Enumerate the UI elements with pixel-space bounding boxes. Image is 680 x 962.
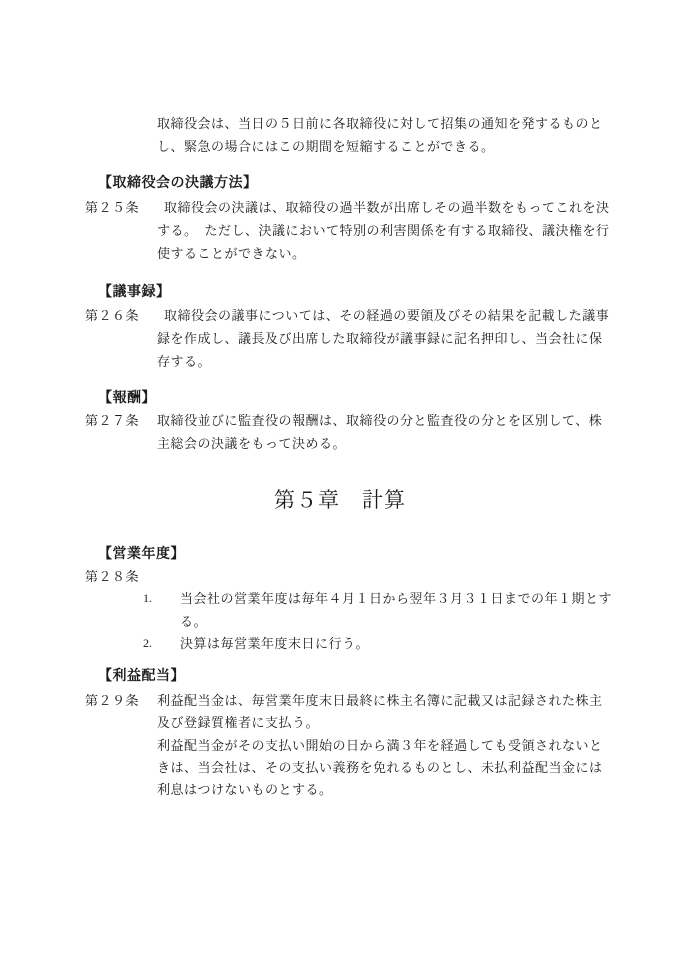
section-heading-remuneration: 【報酬】 [98, 390, 156, 408]
article-line: 録を作成し、議長及び出席した取締役が議事録に記名押印し、当会社に保 [157, 330, 603, 347]
section-heading-fiscal-year: 【営業年度】 [98, 546, 185, 564]
chapter-title: 第５章 計算 [0, 487, 680, 513]
article-line: 取締役会の決議は、取締役の過半数が出席しその過半数をもってこれを決 [164, 199, 610, 216]
paragraph-line: し、緊急の場合にはこの期間を短縮することができる。 [157, 138, 495, 155]
article-number: 第２８条 [85, 568, 139, 585]
article-line: 利益配当金は、毎営業年度末日最終に株主名簿に記載又は記録された株主 [157, 692, 603, 709]
article-line: 及び登録質権者に支払う。 [157, 714, 319, 731]
article-line: する。 ただし、決議において特別の利害関係を有する取締役、議決権を行 [157, 222, 610, 239]
article-line: 取締役会の議事については、その経過の要領及びその結果を記載した議事 [164, 307, 609, 324]
list-item-number: 2. [143, 635, 152, 652]
section-heading-minutes: 【議事録】 [98, 284, 171, 302]
article-line: きは、当会社は、その支払い義務を免れるものとし、未払利益配当金には [157, 759, 603, 776]
section-heading-resolution-method: 【取締役会の決議方法】 [98, 175, 258, 193]
article-line: 利益配当金がその支払い開始の日から満３年を経過しても受領されないと [157, 737, 603, 754]
article-number: 第２７条 [85, 412, 139, 429]
list-item-line: 当会社の営業年度は毎年４月１日から翌年３月３１日までの年１期とす [180, 590, 612, 607]
list-item-line: 決算は毎営業年度末日に行う。 [180, 635, 369, 652]
article-line: 主総会の決議をもって決める。 [157, 435, 346, 452]
article-number: 第２９条 [85, 692, 139, 709]
article-line: 利息はつけないものとする。 [157, 781, 333, 798]
paragraph-line: 取締役会は、当日の５日前に各取締役に対して招集の通知を発するものと [157, 115, 603, 132]
list-item-number: 1. [143, 590, 152, 607]
article-number: 第２５条 [85, 199, 139, 216]
section-heading-profit-dividend: 【利益配当】 [98, 668, 185, 686]
article-number: 第２６条 [85, 307, 139, 324]
list-item-line: る。 [180, 613, 207, 630]
article-line: 使することができない。 [157, 245, 306, 262]
article-line: 存する。 [157, 353, 211, 370]
document-page: 取締役会は、当日の５日前に各取締役に対して招集の通知を発するものと し、緊急の場… [0, 0, 680, 962]
article-line: 取締役並びに監査役の報酬は、取締役の分と監査役の分とを区別して、株 [157, 412, 602, 429]
